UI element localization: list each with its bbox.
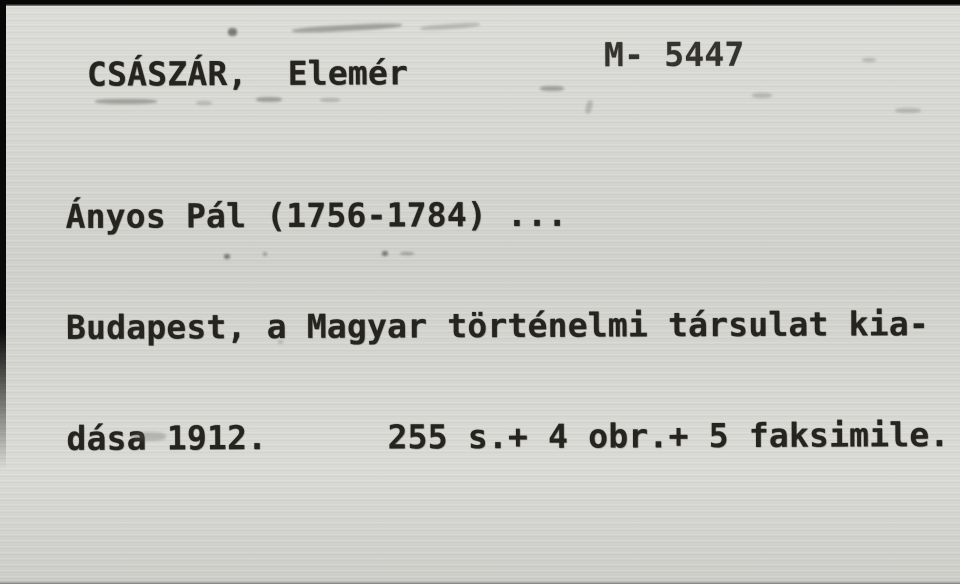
call-number: M- 5447 xyxy=(604,36,745,74)
smudge-mark xyxy=(584,99,593,114)
smudge-mark xyxy=(224,254,230,259)
smudge-mark xyxy=(132,432,166,441)
smudge-mark xyxy=(895,108,921,113)
smudge-mark xyxy=(292,22,402,34)
entry-line-title: Ányos Pál (1756-1784) ... xyxy=(65,194,948,235)
scan-edge-left xyxy=(0,0,6,470)
smudge-mark xyxy=(278,340,283,344)
entry-line-collation: dása 1912. 255 s.+ 4 obr.+ 5 faksimile. xyxy=(66,416,949,457)
smudge-mark xyxy=(320,98,340,102)
catalog-card-scan: M- 5447 CSÁSZÁR, Elemér Ányos Pál (1756-… xyxy=(0,0,960,584)
smudge-mark xyxy=(382,251,388,256)
bibliographic-entry: Ányos Pál (1756-1784) ... Budapest, a Ma… xyxy=(65,120,950,531)
smudge-mark xyxy=(862,58,876,62)
entry-line-imprint: Budapest, a Magyar történelmi társulat k… xyxy=(66,305,949,346)
smudge-mark xyxy=(196,101,212,105)
smudge-mark xyxy=(263,252,267,256)
smudge-mark xyxy=(400,252,414,255)
smudge-mark xyxy=(752,93,772,98)
scan-edge-top xyxy=(0,0,960,6)
author-heading: CSÁSZÁR, Elemér xyxy=(87,54,408,92)
smudge-mark xyxy=(95,99,157,104)
smudge-mark xyxy=(540,86,564,91)
smudge-mark xyxy=(256,97,282,102)
smudge-mark xyxy=(420,22,480,31)
smudge-mark xyxy=(228,28,237,36)
